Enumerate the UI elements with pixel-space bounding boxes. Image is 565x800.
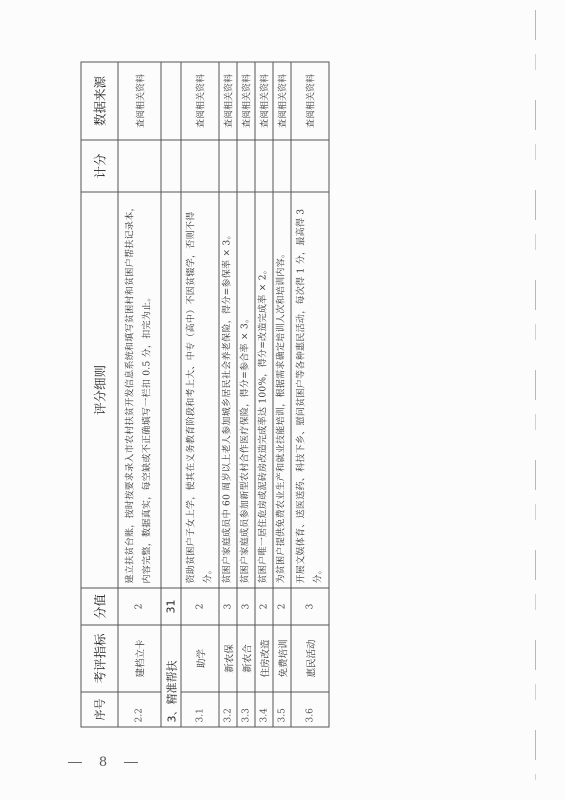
row-points: 2 (255, 588, 273, 625)
row-indicator: 助学 (181, 625, 219, 692)
row-indicator: 建档立卡 (118, 625, 161, 692)
section-rules-empty (161, 192, 181, 588)
table-row: 2.2 建档立卡 2 建立扶贫台账，按时按要求录入市农村扶贫开发信息系统和填写贫… (118, 62, 161, 727)
row-indicator: 新农保 (219, 625, 237, 692)
row-source: 查阅相关资料 (118, 62, 161, 140)
row-source: 查阅相关资料 (255, 62, 273, 140)
table-row: 3.4 住房改造 2 贫困户唯一居住危房或泥砖房改造完成率达 100%，得分=改… (255, 62, 273, 727)
row-source: 查阅相关资料 (237, 62, 255, 140)
header-indicator: 考评指标 (81, 625, 118, 692)
row-score (237, 140, 255, 192)
scanned-page: 序号 考评指标 分值 评分细则 计分 数据来源 2.2 建档立卡 2 建立扶贫台… (0, 0, 565, 800)
row-score (255, 140, 273, 192)
row-indicator: 惠民活动 (291, 625, 329, 692)
table-row: 3.2 新农保 3 贫困户家庭成员中 60 周岁以上老人参加城乡居民社会养老保险… (219, 62, 237, 727)
header-points: 分值 (81, 588, 118, 625)
row-indicator: 免费培训 (273, 625, 291, 692)
evaluation-table: 序号 考评指标 分值 评分细则 计分 数据来源 2.2 建档立卡 2 建立扶贫台… (80, 61, 329, 727)
row-index: 3.6 (291, 692, 329, 727)
page-number: 8 (68, 752, 138, 772)
header-source: 数据来源 (81, 62, 118, 140)
row-index: 3.5 (273, 692, 291, 727)
row-index: 3.4 (255, 692, 273, 727)
row-rules: 开展文娱体育、送医送药、科技下乡、慰问贫困户等各种惠民活动，每次得 1 分，最高… (291, 192, 329, 588)
row-points: 3 (219, 588, 237, 625)
row-score (291, 140, 329, 192)
row-score (118, 140, 161, 192)
row-index: 3.3 (237, 692, 255, 727)
table-header-row: 序号 考评指标 分值 评分细则 计分 数据来源 (81, 62, 118, 727)
table-row: 3.1 助学 2 资助贫困户子女上学，使其在义务教育阶段和考上大、中专（高中）不… (181, 62, 219, 727)
row-score (219, 140, 237, 192)
header-rules: 评分细则 (81, 192, 118, 588)
section-header-row: 3、精准帮扶 31 (161, 62, 181, 727)
row-score (273, 140, 291, 192)
row-source: 查阅相关资料 (291, 62, 329, 140)
section-source-empty (161, 62, 181, 140)
row-source: 查阅相关资料 (273, 62, 291, 140)
page-number-dash-left (68, 762, 82, 763)
section-score-empty (161, 140, 181, 192)
row-index: 3.2 (219, 692, 237, 727)
row-rules: 为贫困户提供免费农业生产和就业技能培训，根据需求确定培训人次和培训内容。 (273, 192, 291, 588)
page-number-value: 8 (99, 755, 107, 770)
row-indicator: 新农合 (237, 625, 255, 692)
row-score (181, 140, 219, 192)
page-number-dash-right (124, 762, 138, 763)
row-index: 3.1 (181, 692, 219, 727)
section-title: 3、精准帮扶 (161, 625, 181, 727)
row-rules: 贫困户唯一居住危房或泥砖房改造完成率达 100%，得分=改造完成率 × 2。 (255, 192, 273, 588)
section-points: 31 (161, 588, 181, 625)
header-score: 计分 (81, 140, 118, 192)
row-points: 3 (291, 588, 329, 625)
row-points: 2 (273, 588, 291, 625)
row-rules: 资助贫困户子女上学，使其在义务教育阶段和考上大、中专（高中）不因贫辍学，否则不得… (181, 192, 219, 588)
row-rules: 建立扶贫台账，按时按要求录入市农村扶贫开发信息系统和填写贫困村和贫困户帮扶记录本… (118, 192, 161, 588)
header-index: 序号 (81, 692, 118, 727)
row-points: 3 (237, 588, 255, 625)
rotated-table-container: 序号 考评指标 分值 评分细则 计分 数据来源 2.2 建档立卡 2 建立扶贫台… (80, 62, 328, 727)
row-rules: 贫困户家庭成员参加新型农村合作医疗保险，得分=参合率 × 3。 (237, 192, 255, 588)
row-indicator: 住房改造 (255, 625, 273, 692)
table-row: 3.6 惠民活动 3 开展文娱体育、送医送药、科技下乡、慰问贫困户等各种惠民活动… (291, 62, 329, 727)
row-source: 查阅相关资料 (219, 62, 237, 140)
table-row: 3.3 新农合 3 贫困户家庭成员参加新型农村合作医疗保险，得分=参合率 × 3… (237, 62, 255, 727)
table-row: 3.5 免费培训 2 为贫困户提供免费农业生产和就业技能培训，根据需求确定培训人… (273, 62, 291, 727)
row-points: 2 (118, 588, 161, 625)
scan-shadow-edge (535, 10, 536, 780)
row-points: 2 (181, 588, 219, 625)
row-index: 2.2 (118, 692, 161, 727)
row-rules: 贫困户家庭成员中 60 周岁以上老人参加城乡居民社会养老保险，得分=参保率 × … (219, 192, 237, 588)
row-source: 查阅相关资料 (181, 62, 219, 140)
